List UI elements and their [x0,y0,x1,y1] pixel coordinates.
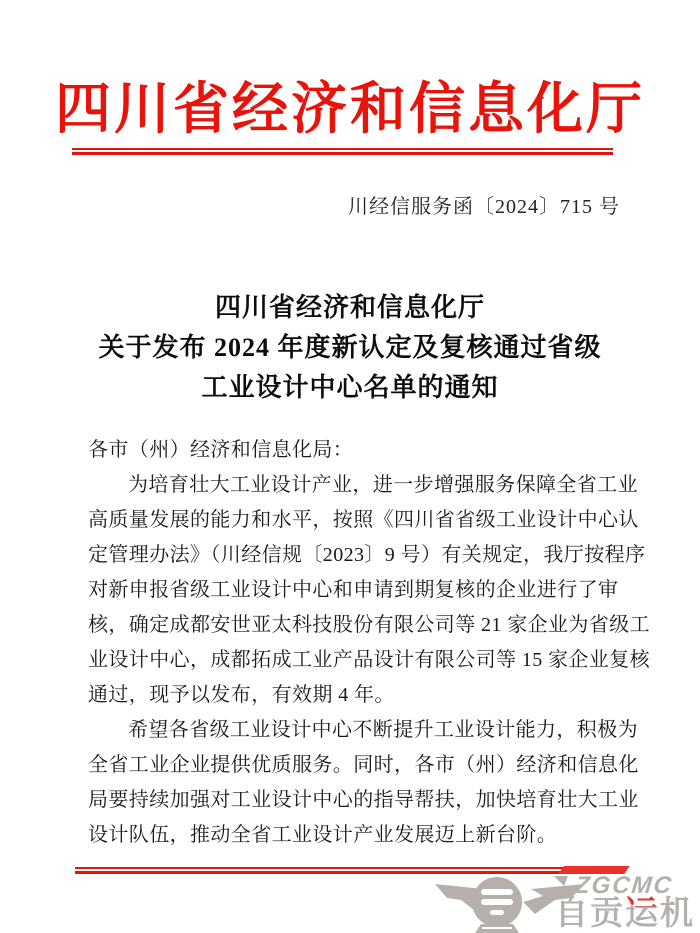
logo-char: 贡 [590,894,625,931]
logo-chinese-text: 自贡运机 [555,895,700,931]
logo-char: 机 [660,894,695,931]
zgcmc-watermark-logo: ZGCMC 自贡运机 [435,864,700,933]
notice-title: 四川省经济和信息化厅 关于发布 2024 年度新认定及复核通过省级 工业设计中心… [0,288,700,408]
letterhead-divider-rule [72,148,613,155]
paragraph1-line: 对新申报省级工业设计中心和申请到期复核的企业进行了审 [88,573,623,608]
paragraph1-line: 业设计中心，成都拓成工业产品设计有限公司等 15 家企业复核 [88,643,623,678]
notice-title-line1: 四川省经济和信息化厅 [0,288,700,328]
paragraph2-line: 局要持续加强对工业设计中心的指导帮扶，加快培育壮大工业 [88,783,623,818]
notice-title-line3: 工业设计中心名单的通知 [0,368,700,408]
document-reference-number: 川经信服务函〔2024〕715 号 [348,190,620,219]
logo-char: 自 [555,894,590,931]
official-notice-page: { "letterhead": { "agency": "四川省经济和信息化厅"… [0,0,700,933]
paragraph1-line: 高质量发展的能力和水平，按照《四川省省级工业设计中心认 [88,503,623,538]
paragraph1-line: 定管理办法》（川经信规〔2023〕9 号）有关规定，我厅按程序 [88,538,623,573]
paragraph2-line: 设计队伍，推动全省工业设计产业发展迈上新台阶。 [88,818,623,853]
salutation-line: 各市（州）经济和信息化局： [88,433,623,468]
agency-letterhead-title: 四川省经济和信息化厅 [0,78,700,142]
notice-body: 各市（州）经济和信息化局： 为培育壮大工业设计产业，进一步增强服务保障全省工业 … [88,433,623,853]
paragraph1-line: 通过，现予以发布，有效期 4 年。 [88,678,623,713]
paragraph2-line: 希望各省级工业设计中心不断提升工业设计能力，积极为 [88,713,623,748]
notice-title-line2: 关于发布 2024 年度新认定及复核通过省级 [0,328,700,368]
logo-char-accented: 运 [625,894,660,931]
paragraph2-line: 全省工业企业提供优质服务。同时，各市（州）经济和信息化 [88,748,623,783]
paragraph1-line: 核，确定成都安世亚太科技股份有限公司等 21 家企业为省级工 [88,608,623,643]
paragraph1-line: 为培育壮大工业设计产业，进一步增强服务保障全省工业 [88,468,623,503]
